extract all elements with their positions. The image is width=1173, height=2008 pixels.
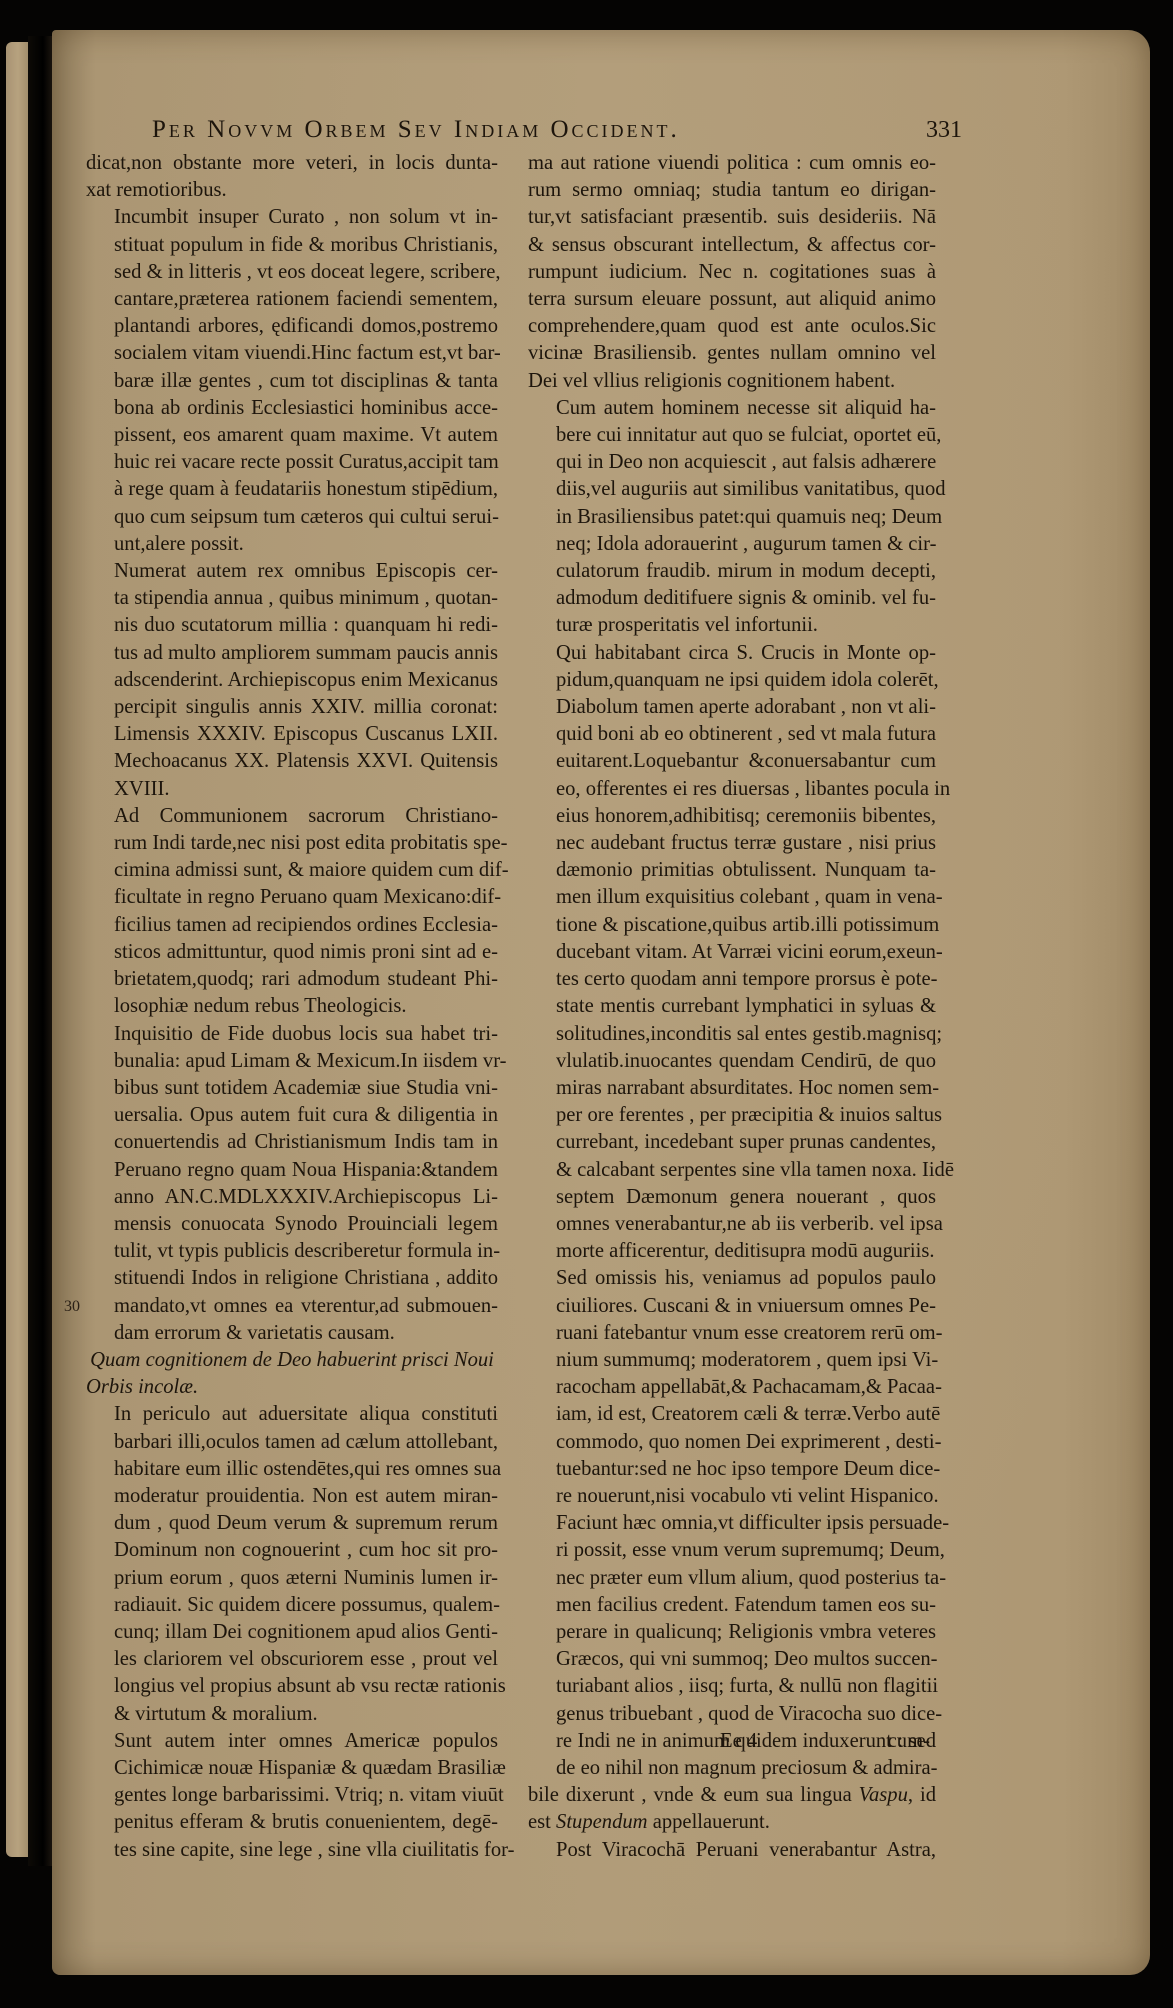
text-line: ruani fatebantur vnum esse creatorem rer… — [528, 1320, 936, 1347]
text-line: solitudines,inconditis sal entes gestib.… — [528, 1021, 936, 1048]
text-line: genus tribuebant , quod de Viracocha suo… — [528, 1701, 936, 1728]
text-line: uersalia. Opus autem fuit cura & diligen… — [86, 1102, 498, 1129]
text-line: Numerat autem rex omnibus Episcopis cer- — [86, 558, 498, 585]
text-line: nium summumq; moderatorem , quem ipsi Vi… — [528, 1347, 936, 1374]
text-line: rum Indi tarde,nec nisi post edita probi… — [86, 830, 498, 857]
text-line: quid boni ab eo obtinerent , sed vt mala… — [528, 721, 936, 748]
text-line: ducebant vitam. At Varræi vicini eorum,e… — [528, 939, 936, 966]
text-line: radiauit. Sic quidem dicere possumus, qu… — [86, 1592, 498, 1619]
text-line: habitare eum illic ostendētes,qui res om… — [86, 1456, 498, 1483]
signature-mark: Ee 4 — [720, 1730, 757, 1753]
text-line: re nouerunt,nisi vocabulo vti velint His… — [528, 1483, 936, 1510]
paragraph: Ad Communionem sacrorum Christiano-rum I… — [86, 803, 498, 1021]
paragraph: Qui habitabant circa S. Crucis in Monte … — [528, 640, 936, 1266]
text-line: Mechoacanus XX. Platensis XXVI. Quitensi… — [86, 748, 498, 775]
text-line: losophiæ nedum rebus Theologicis. — [86, 993, 498, 1020]
text-line: bere cui innitatur aut quo se fulciat, o… — [528, 422, 936, 449]
text-line: les clariorem vel obscuriorem esse , pro… — [86, 1646, 498, 1673]
paragraph: ma aut ratione viuendi politica : cum om… — [528, 150, 936, 395]
text-line: ta stipendia annua , quibus minimum , qu… — [86, 585, 498, 612]
text-line: & virtutum & moralium. — [86, 1701, 498, 1728]
text-line: vicinæ Brasiliensib. gentes nullam omnin… — [528, 340, 936, 367]
page-footer: Ee 4 cum- — [528, 1730, 936, 1758]
text-line: nec præter eum vllum alium, quod posteri… — [528, 1565, 936, 1592]
text-line: ri possit, esse vnum verum supremumq; De… — [528, 1537, 936, 1564]
text-line: per ore ferentes , per præcipitia & inui… — [528, 1102, 936, 1129]
text-line: Sed omissis his, veniamus ad populos pau… — [528, 1265, 936, 1292]
text-line: terra sursum eleuare possunt, aut aliqui… — [528, 286, 936, 313]
right-column: ma aut ratione viuendi politica : cum om… — [528, 150, 936, 1864]
text-line: Diabolum tamen aperte adorabant , non vt… — [528, 694, 936, 721]
text-line: turiabant alios , iisq; furta, & nullū n… — [528, 1673, 936, 1700]
text-line: Faciunt hæc omnia,vt difficulter ipsis p… — [528, 1510, 936, 1537]
text-line: qui in Deo non acquiescit , aut falsis a… — [528, 449, 936, 476]
text-line: men illum exquisitius colebant , quam in… — [528, 884, 936, 911]
text-line: à rege quam à feudatariis honestum stipē… — [86, 476, 498, 503]
margin-note: 30 — [64, 1298, 80, 1316]
text-line: omnes venerabantur,ne ab iis verberib. v… — [528, 1211, 936, 1238]
text-line: vlulatib.inuocantes quendam Cendirū, de … — [528, 1048, 936, 1075]
italic-term: Stupendum — [556, 1811, 648, 1833]
text-line: ficilius tamen ad recipiendos ordines Ec… — [86, 912, 498, 939]
text-line: morte afficerentur, deditisupra modū aug… — [528, 1238, 936, 1265]
text-line: mensis conuocata Synodo Prouinciali lege… — [86, 1211, 498, 1238]
text-line: state mentis currebant lymphatici in syl… — [528, 993, 936, 1020]
text-line: Dei vel vllius religionis cognitionem ha… — [528, 368, 936, 395]
text-line: nis duo scutatorum millia : quanquam hi … — [86, 612, 498, 639]
text-line: tulit, vt typis publicis describeretur f… — [86, 1238, 498, 1265]
text-line: eius honorem,adhibitisq; ceremoniis bibe… — [528, 803, 936, 830]
paragraph: Inquisitio de Fide duobus locis sua habe… — [86, 1021, 498, 1347]
text-line: gentes longe barbarissimi. Vtriq; n. vit… — [86, 1782, 498, 1809]
text-line: iam, id est, Creatorem cæli & terræ.Verb… — [528, 1401, 936, 1428]
paragraph: Numerat autem rex omnibus Episcopis cer-… — [86, 558, 498, 803]
section-heading: Quam cognitionem de Deo habuerint prisci… — [86, 1347, 498, 1401]
text-line: ciuiliores. Cuscani & in vniuersum omnes… — [528, 1293, 936, 1320]
text-line: Cichimicæ nouæ Hispaniæ & quædam Brasili… — [86, 1755, 498, 1782]
text-line: stituat populum in fide & moribus Christ… — [86, 232, 498, 259]
text-line: cimina admissi sunt, & maiore quidem cum… — [86, 857, 498, 884]
text-line: Orbis incolæ. — [86, 1374, 498, 1401]
text-line: neq; Idola adorauerint , augurum tamen &… — [528, 531, 936, 558]
text-line: tes sine capite, sine lege , sine vlla c… — [86, 1837, 498, 1864]
text-line: quo cum seipsum tum cæteros qui cultui s… — [86, 504, 498, 531]
text-line: In periculo aut aduersitate aliqua const… — [86, 1401, 498, 1428]
text-line: comprehendere,quam quod est ante oculos.… — [528, 313, 936, 340]
text-line: rumpunt iudicium. Nec n. cogitationes su… — [528, 259, 936, 286]
text-line: anno AN.C.MDLXXXIV.Archiepiscopus Li- — [86, 1184, 498, 1211]
text-line: brietatem,quodq; rari admodum studeant P… — [86, 966, 498, 993]
text-line: adscenderint. Archiepiscopus enim Mexica… — [86, 667, 498, 694]
text-line: socialem vitam viuendi.Hinc factum est,v… — [86, 340, 498, 367]
text-line: perare in qualicunq; Religionis vmbra ve… — [528, 1619, 936, 1646]
text-line: culatorum fraudib. mirum in modum decept… — [528, 558, 936, 585]
text-line: turæ prosperitatis vel infortunii. — [528, 612, 936, 639]
text-line: septem Dæmonum genera nouerant , quos — [528, 1184, 936, 1211]
paragraph: dicat,non obstante more veteri, in locis… — [86, 150, 498, 204]
paragraph: Cum autem hominem necesse sit aliquid ha… — [528, 395, 936, 640]
text-line: sed & in litteris , vt eos doceat legere… — [86, 259, 498, 286]
text-line: Incumbit insuper Curato , non solum vt i… — [86, 204, 498, 231]
text-line: ficultate in regno Peruano quam Mexicano… — [86, 884, 498, 911]
paragraph: Incumbit insuper Curato , non solum vt i… — [86, 204, 498, 558]
text-line: Græcos, qui vni summoq; Deo multos succe… — [528, 1646, 936, 1673]
text-line: rum sermo omniaq; studia tantum eo dirig… — [528, 177, 936, 204]
text-line: & calcabant serpentes sine vlla tamen no… — [528, 1157, 936, 1184]
text-line: huic rei vacare recte possit Curatus,acc… — [86, 449, 498, 476]
text-line: penitus efferam & brutis conuenientem, d… — [86, 1809, 498, 1836]
text-line: nec audebant fructus terræ gustare , nis… — [528, 830, 936, 857]
text-line: bibus sunt totidem Academiæ siue Studia … — [86, 1075, 498, 1102]
text-line: plantandi arbores, ędificandi domos,post… — [86, 313, 498, 340]
text-line: pidum,quanquam ne ipsi quidem idola cole… — [528, 667, 936, 694]
text-line: Ad Communionem sacrorum Christiano- — [86, 803, 498, 830]
text-line: Sunt autem inter omnes Americæ populos — [86, 1728, 498, 1755]
text-line: tes certo quodam anni tempore prorsus è … — [528, 966, 936, 993]
text-line: mandato,vt omnes ea vterentur,ad submoue… — [86, 1293, 498, 1320]
left-column: dicat,non obstante more veteri, in locis… — [86, 150, 498, 1864]
text-line: Inquisitio de Fide duobus locis sua habe… — [86, 1021, 498, 1048]
paragraph: Post Viracochā Peruani venerabantur Astr… — [528, 1837, 936, 1864]
text-line: Cum autem hominem necesse sit aliquid ha… — [528, 395, 936, 422]
text-line: in Brasiliensibus patet:qui quamuis neq;… — [528, 504, 936, 531]
text-line: currebant, incedebant super prunas cande… — [528, 1129, 936, 1156]
text-line: conuertendis ad Christianismum Indis tam… — [86, 1129, 498, 1156]
text-line: eo, offerentes ei res diuersas , libante… — [528, 776, 936, 803]
text-line: de eo nihil non magnum preciosum & admir… — [528, 1755, 936, 1782]
text-line: dæmonio primitias obtulissent. Nunquam t… — [528, 857, 936, 884]
text-line: tione & piscatione,quibus artib.illi pot… — [528, 912, 936, 939]
text-line: Qui habitabant circa S. Crucis in Monte … — [528, 640, 936, 667]
text-line: Post Viracochā Peruani venerabantur Astr… — [528, 1837, 936, 1864]
text-line: tuebantur:sed ne hoc ipso tempore Deum d… — [528, 1456, 936, 1483]
text-line: tur,vt satisfaciant præsentib. suis desi… — [528, 204, 936, 231]
text-line: moderatur prouidentia. Non est autem mir… — [86, 1483, 498, 1510]
text-line: unt,alere possit. — [86, 531, 498, 558]
paragraph-ending: bile dixerunt , vnde & eum sua lingua Va… — [528, 1782, 936, 1836]
text-line: tus ad multo ampliorem summam paucis ann… — [86, 640, 498, 667]
text-line: Peruano regno quam Noua Hispania:&tandem — [86, 1157, 498, 1184]
paragraph: Sed omissis his, veniamus ad populos pau… — [528, 1265, 936, 1782]
page-number: 331 — [926, 117, 962, 144]
text-line: longius vel propius absunt ab vsu rectæ … — [86, 1673, 498, 1700]
text-line: baræ illæ gentes , cum tot disciplinas &… — [86, 368, 498, 395]
running-title: Per Novvm Orbem Sev Indiam Occident. — [152, 116, 680, 144]
text-line: & sensus obscurant intellectum, & affect… — [528, 232, 936, 259]
text-line: sticos admittuntur, quod nimis proni sin… — [86, 939, 498, 966]
text-line: bunalia: apud Limam & Mexicum.In iisdem … — [86, 1048, 498, 1075]
text-line: Limensis XXXIV. Episcopus Cuscanus LXII. — [86, 721, 498, 748]
catchword: cum- — [888, 1730, 930, 1753]
italic-term: Vaspu — [859, 1784, 908, 1806]
text-line: euitarent.Loquebantur &conuersabantur cu… — [528, 748, 936, 775]
paragraph: Sunt autem inter omnes Americæ populosCi… — [86, 1728, 498, 1864]
text-line: diis,vel auguriis aut similibus vanitati… — [528, 476, 936, 503]
text-line: barbari illi,oculos tamen ad cælum attol… — [86, 1429, 498, 1456]
text-line: cunq; illam Dei cognitionem apud alios G… — [86, 1619, 498, 1646]
text-line: bona ab ordinis Ecclesiastici hominibus … — [86, 395, 498, 422]
text-line: Dominum non cognouerint , cum hoc sit pr… — [86, 1537, 498, 1564]
text-line: stituendi Indos in religione Christiana … — [86, 1265, 498, 1292]
text-line: dum , quod Deum verum & supremum rerum — [86, 1510, 498, 1537]
text-line: admodum deditifuere signis & ominib. vel… — [528, 585, 936, 612]
text-line: prium eorum , quos æterni Numinis lumen … — [86, 1565, 498, 1592]
text-line: racocham appellabāt,& Pachacamam,& Pacaa… — [528, 1374, 936, 1401]
text-line: men facilius credent. Fatendum tamen eos… — [528, 1592, 936, 1619]
text-line: ma aut ratione viuendi politica : cum om… — [528, 150, 936, 177]
text-line: percipit singulis annis XXIV. millia cor… — [86, 694, 498, 721]
paragraph: In periculo aut aduersitate aliqua const… — [86, 1401, 498, 1727]
adjacent-page-edge — [6, 42, 30, 1857]
running-header: Per Novvm Orbem Sev Indiam Occident. 331 — [152, 116, 962, 152]
text-line: dam errorum & varietatis causam. — [86, 1320, 498, 1347]
text-line: miras narrabant absurditates. Hoc nomen … — [528, 1075, 936, 1102]
text-line: pissent, eos amarent quam maxime. Vt aut… — [86, 422, 498, 449]
text-line: Quam cognitionem de Deo habuerint prisci… — [86, 1347, 498, 1374]
text-line: commodo, quo nomen Dei exprimerent , des… — [528, 1429, 936, 1456]
text-line: cantare,præterea rationem faciendi semen… — [86, 286, 498, 313]
text-line: XVIII. — [86, 776, 498, 803]
